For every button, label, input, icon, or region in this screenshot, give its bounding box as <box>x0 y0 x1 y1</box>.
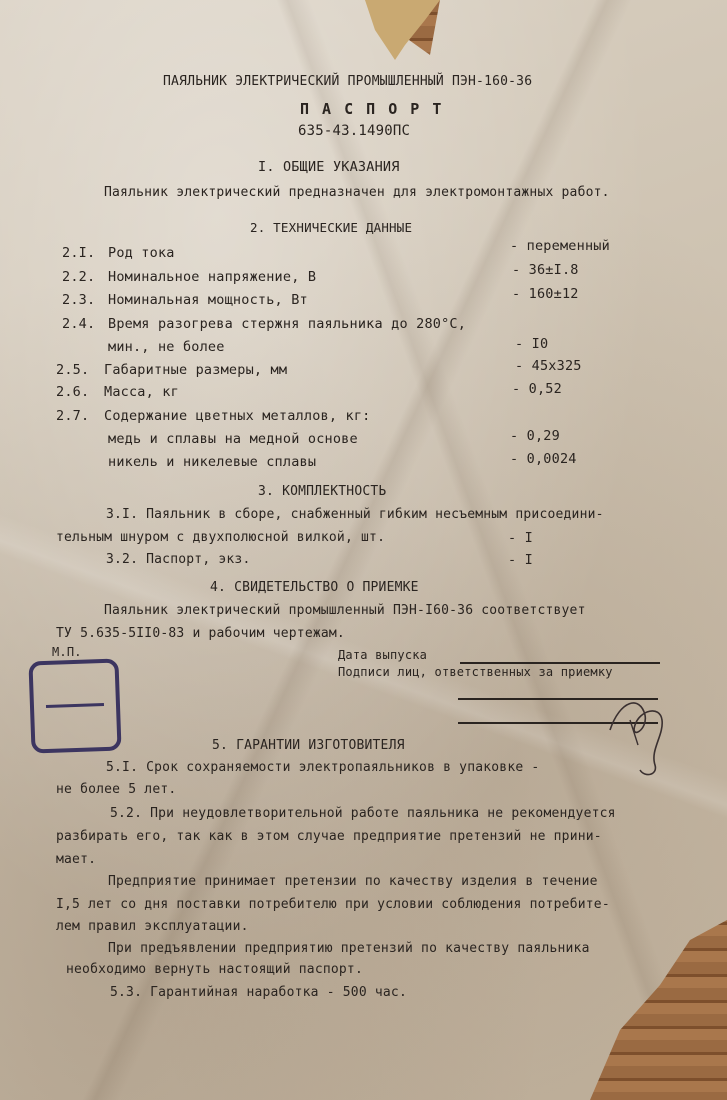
doc-code: 635-43.1490ПС <box>298 123 410 139</box>
product-title: ПАЯЛЬНИК ЭЛЕКТРИЧЕСКИЙ ПРОМЫШЛЕННЫЙ ПЭН-… <box>163 74 532 89</box>
section1-heading: I. ОБЩИЕ УКАЗАНИЯ <box>258 159 400 175</box>
warranty-p4-line2: необходимо вернуть настоящий паспорт. <box>66 962 363 977</box>
stamp-divider <box>46 703 104 708</box>
section5-heading: 5. ГАРАНТИИ ИЗГОТОВИТЕЛЯ <box>212 738 405 753</box>
handwritten-signature <box>600 690 680 780</box>
warranty-p3-line3: лем правил эксплуатации. <box>56 919 249 934</box>
release-date-line <box>460 662 660 664</box>
section1-text: Паяльник электрический предназначен для … <box>104 185 610 200</box>
release-date-label: Дата выпуска <box>338 648 427 662</box>
warranty-p2-line2: разбирать его, так как в этом случае пре… <box>56 829 602 844</box>
acceptance-stamp <box>28 658 121 753</box>
stamp-top-number <box>33 665 115 668</box>
warranty-p1-line1: 5.I. Срок сохраняемости электропаяльнико… <box>106 760 539 775</box>
kit-item-2-label: 3.2. Паспорт, экз. <box>106 552 250 567</box>
acceptance-line2: ТУ 5.635-5II0-83 и рабочим чертежам. <box>56 626 345 641</box>
passport-document: ПАЯЛЬНИК ЭЛЕКТРИЧЕСКИЙ ПРОМЫШЛЕННЫЙ ПЭН-… <box>0 0 727 1100</box>
warranty-p1-line2: не более 5 лет. <box>56 782 176 797</box>
section2-heading: 2. ТЕХНИЧЕСКИЕ ДАННЫЕ <box>250 220 412 235</box>
kit-item-1-value: - I <box>508 530 533 546</box>
kit-item-1-line1: 3.I. Паяльник в сборе, снабженный гибким… <box>106 507 604 522</box>
warranty-p3-line1: Предприятие принимает претензии по качес… <box>108 874 598 889</box>
kit-item-2-value: - I <box>508 552 533 568</box>
kit-item-1-line2: тельным шнуром с двухполюсной вилкой, шт… <box>56 530 385 545</box>
warranty-p3-line2: I,5 лет со дня поставки потребителю при … <box>56 897 610 912</box>
warranty-p2-line3: мает. <box>56 852 96 867</box>
section4-heading: 4. СВИДЕТЕЛЬСТВО О ПРИЕМКЕ <box>210 580 419 595</box>
warranty-p4-line1: При предъявлении предприятию претензий п… <box>108 941 590 956</box>
warranty-p5: 5.3. Гарантийная наработка - 500 час. <box>110 985 407 1000</box>
acceptance-line1: Паяльник электрический промышленный ПЭН-… <box>104 603 586 618</box>
warranty-p2-line1: 5.2. При неудовлетворительной работе пая… <box>110 806 616 821</box>
signature-label: Подписи лиц, ответственных за приемку <box>338 665 613 679</box>
stamp-place-label: М.П. <box>52 645 82 659</box>
section3-heading: 3. КОМПЛЕКТНОСТЬ <box>258 484 386 499</box>
doc-type: П А С П О Р Т <box>300 100 443 118</box>
